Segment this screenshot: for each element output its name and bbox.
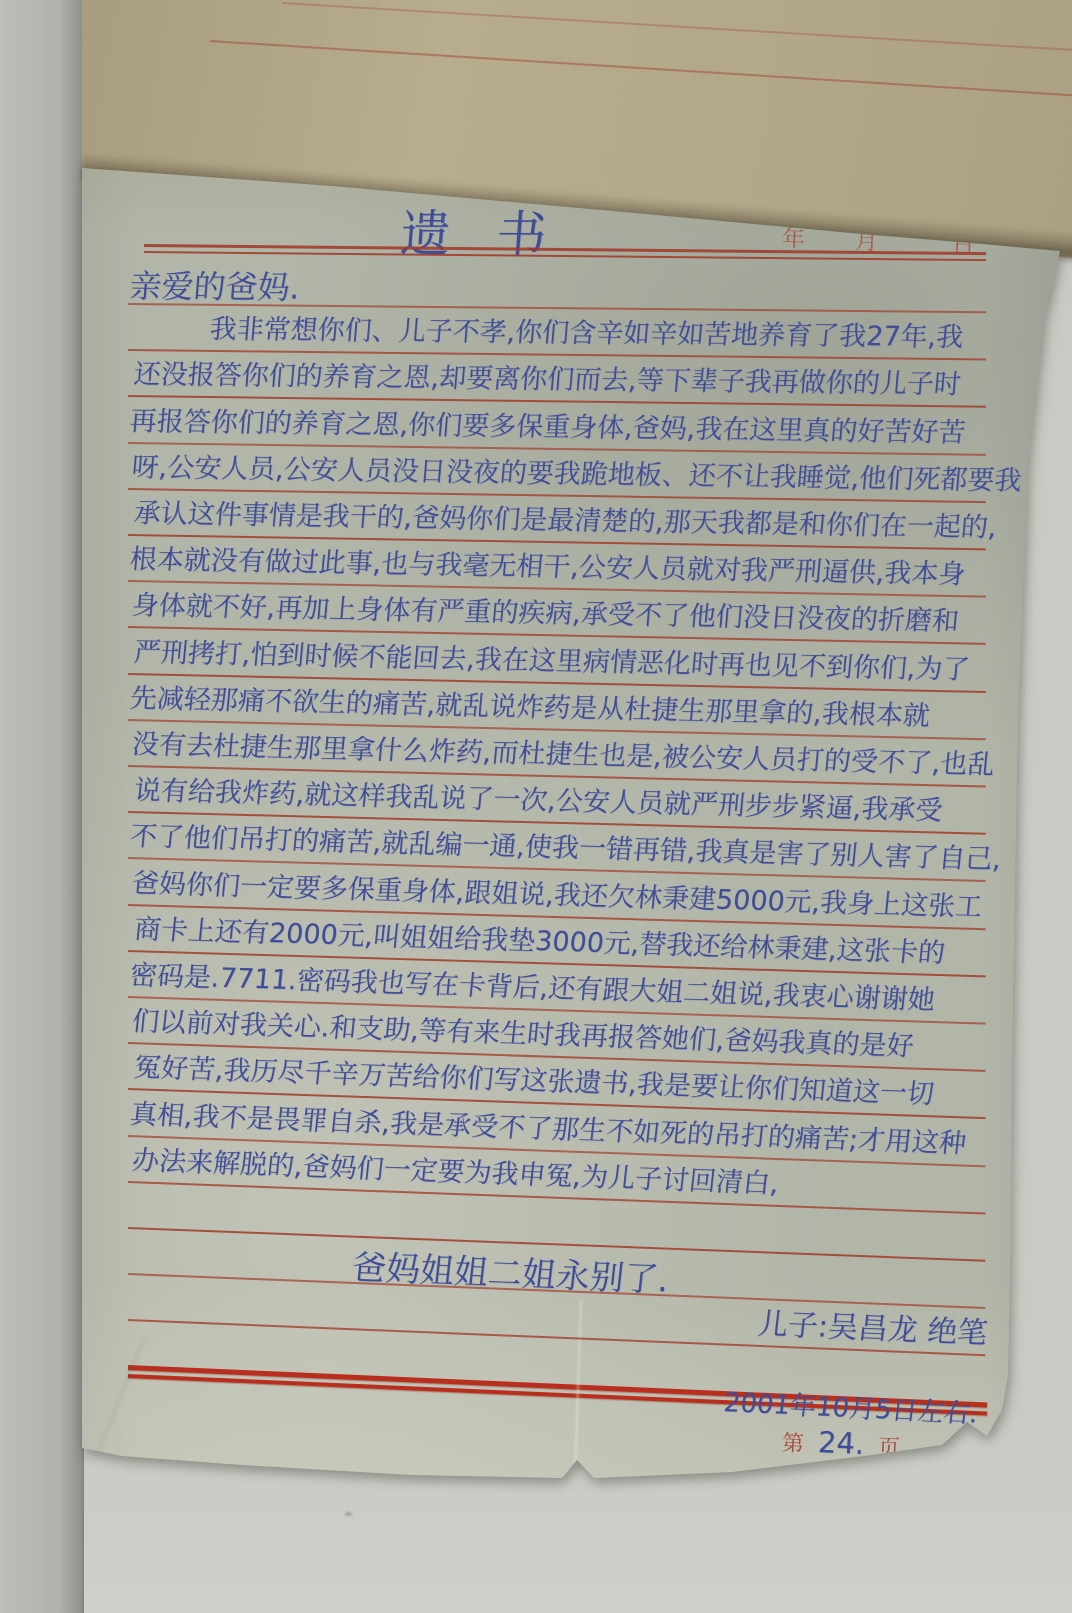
year-label: 年 — [781, 226, 805, 253]
date-header: 年月日 — [781, 220, 975, 260]
handwritten-line: 还没报答你们的养育之恩,却要离你们而去,等下辈子我再做你的儿子时 — [132, 355, 1037, 406]
page-number-prefix: 第 — [781, 1431, 804, 1457]
month-label: 月 — [854, 229, 878, 256]
handwritten-line: 呀,公安人员,公安人员没日没夜的要我跪地板、还不让我睡觉,他们死都要我 — [130, 448, 1035, 502]
photo-of-letter: 遗书 年月日 亲爱的爸妈. 爸妈姐姐二姐永别了. 儿子:吴昌龙 绝笔 2001年… — [0, 0, 1072, 1613]
page-number-suffix: 页 — [877, 1436, 900, 1462]
salutation-line: 亲爱的爸妈. — [128, 261, 302, 309]
paper-crease — [88, 1335, 146, 1475]
page-number: 第24.页 — [781, 1423, 901, 1462]
page-number-value: 24. — [817, 1425, 865, 1461]
letter-page: 遗书 年月日 亲爱的爸妈. 爸妈姐姐二姐永别了. 儿子:吴昌龙 绝笔 2001年… — [82, 160, 1072, 1480]
handwritten-line: 再报答你们的养育之恩,你们要多保重身体,爸妈,我在这里真的好苦好苦 — [128, 402, 1033, 454]
dust-speck — [345, 1512, 352, 1516]
letter-page-wrapper: 遗书 年月日 亲爱的爸妈. 爸妈姐姐二姐永别了. 儿子:吴昌龙 绝笔 2001年… — [0, 0, 1072, 1613]
handwritten-line: 承认这件事情是我干的,爸妈你们是最清楚的,那天我都是和你们在一起的, — [132, 494, 1037, 549]
day-label: 日 — [951, 233, 975, 260]
closing-date: 2001年10月5日左右. — [722, 1382, 980, 1430]
